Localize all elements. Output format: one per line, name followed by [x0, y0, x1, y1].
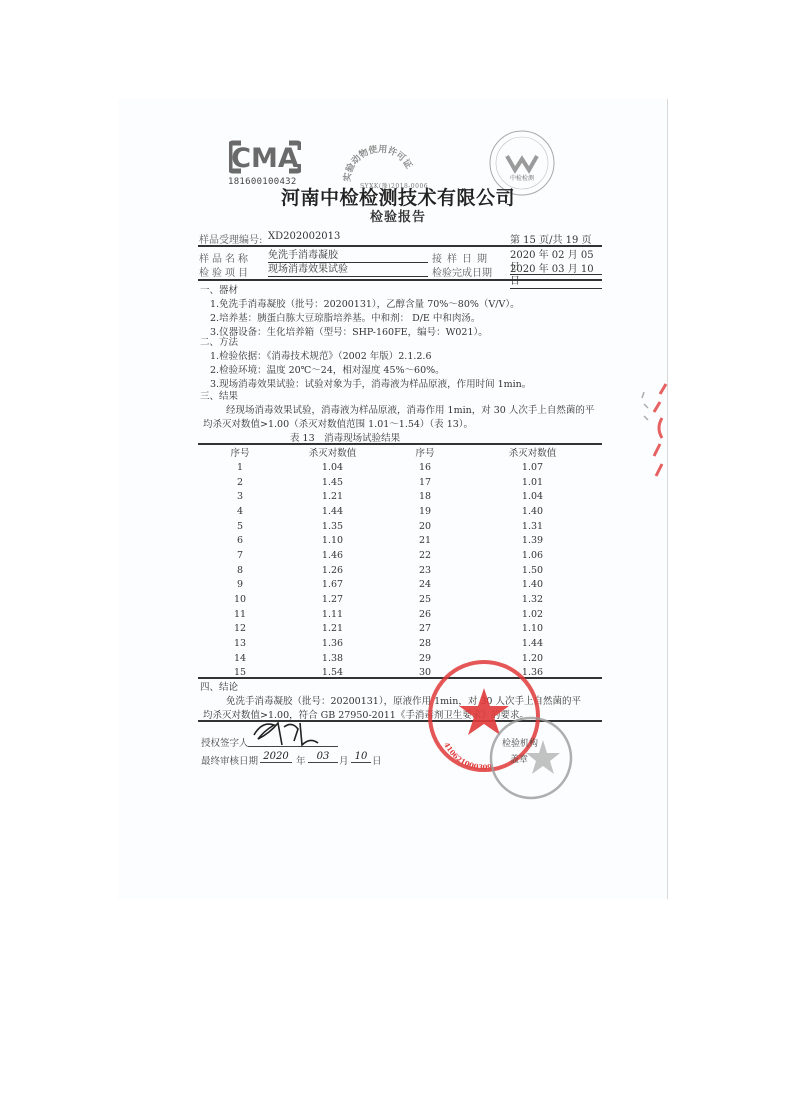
- materials-heading: 一、器材: [200, 282, 238, 296]
- row-index-cell: 25: [385, 592, 465, 607]
- divider: [198, 245, 602, 247]
- table-row: 101.27251.32: [200, 592, 600, 607]
- method-heading: 二、方法: [200, 334, 238, 348]
- month-char: 月: [339, 753, 349, 767]
- col-header: 序号: [200, 444, 280, 460]
- table-row: 121.21271.10: [200, 622, 600, 637]
- inspection-seal-icon: [488, 715, 574, 801]
- sample-no-label: 样品受理编号:: [199, 231, 262, 246]
- row-index-cell: 3: [200, 489, 280, 504]
- table-row: 81.26231.50: [200, 563, 600, 578]
- table-header-row: 序号 杀灭对数值 序号 杀灭对数值: [200, 444, 600, 460]
- log-value-cell: 1.40: [465, 504, 600, 519]
- review-date-label: 最终审核日期: [201, 753, 258, 767]
- test-item: 现场消毒效果试验: [268, 264, 428, 277]
- log-value-cell: 1.50: [465, 563, 600, 578]
- svg-text:410621000309: 410621000309: [442, 741, 493, 772]
- sample-name-label: 样品名称: [199, 250, 251, 265]
- row-index-cell: 13: [200, 636, 280, 651]
- log-value-cell: 1.07: [465, 460, 600, 475]
- cma-logo-icon: CMA: [229, 140, 301, 174]
- signer-label: 授权签字人: [201, 735, 249, 749]
- row-index-cell: 23: [385, 563, 465, 578]
- results-text: 经现场消毒效果试验，消毒液为样品原液，消毒作用 1min，对 30 人次手上自然…: [226, 402, 594, 416]
- log-value-cell: 1.02: [465, 607, 600, 622]
- col-header: 杀灭对数值: [465, 444, 600, 460]
- row-index-cell: 11: [200, 607, 280, 622]
- report-title: 检验报告: [200, 206, 596, 225]
- row-index-cell: 21: [385, 533, 465, 548]
- col-header: 杀灭对数值: [280, 444, 385, 460]
- row-index-cell: 2: [200, 475, 280, 490]
- log-value-cell: 1.21: [280, 489, 385, 504]
- row-index-cell: 4: [200, 504, 280, 519]
- log-value-cell: 1.40: [465, 578, 600, 593]
- table-caption: 表 13 消毒现场试验结果: [290, 430, 400, 444]
- materials-item: 1.免洗手消毒凝胶（批号：20200131），乙醇含量 70%～80%（V/V）…: [210, 296, 520, 310]
- day-char: 日: [372, 753, 382, 767]
- svg-text:实验动物使用许可证: 实验动物使用许可证: [341, 143, 415, 183]
- row-index-cell: 20: [385, 519, 465, 534]
- org-label: 检验机构: [502, 736, 538, 749]
- log-value-cell: 1.04: [465, 489, 600, 504]
- row-index-cell: 10: [200, 592, 280, 607]
- log-value-cell: 1.10: [280, 533, 385, 548]
- row-index-cell: 9: [200, 578, 280, 593]
- row-index-cell: 24: [385, 578, 465, 593]
- table-row: 41.44191.40: [200, 504, 600, 519]
- divider: [198, 279, 602, 281]
- receive-date-label: 接样日期: [432, 250, 492, 265]
- results-heading: 三、结果: [200, 388, 238, 402]
- log-value-cell: 1.27: [280, 592, 385, 607]
- log-value-cell: 1.31: [465, 519, 600, 534]
- log-value-cell: 1.36: [280, 636, 385, 651]
- log-value-cell: 1.06: [465, 548, 600, 563]
- row-index-cell: 12: [200, 622, 280, 637]
- log-value-cell: 1.38: [280, 651, 385, 666]
- signature-icon: [248, 715, 328, 749]
- row-index-cell: 5: [200, 519, 280, 534]
- sample-no: XD202002013: [268, 231, 340, 242]
- svg-text:中检检测: 中检检测: [510, 174, 534, 182]
- table-row: 31.21181.04: [200, 489, 600, 504]
- edge-seal-fragment-icon: [640, 382, 670, 482]
- method-item: 2.检验环境：温度 20℃～24，相对湿度 45%～60%。: [210, 362, 445, 376]
- materials-item: 2.培养基：胰蛋白胨大豆琼脂培养基。中和剂： D/E 中和肉汤。: [210, 310, 480, 324]
- log-value-cell: 1.21: [280, 622, 385, 637]
- review-year: 2020: [260, 751, 292, 763]
- row-index-cell: 28: [385, 636, 465, 651]
- log-value-cell: 1.26: [280, 563, 385, 578]
- materials-item: 3.仪器设备：生化培养箱（型号：SHP-160FE，编号：W021）。: [210, 324, 488, 338]
- log-value-cell: 1.10: [465, 622, 600, 637]
- log-value-cell: 1.46: [280, 548, 385, 563]
- row-index-cell: 19: [385, 504, 465, 519]
- table-row: 21.45171.01: [200, 475, 600, 490]
- col-header: 序号: [385, 444, 465, 460]
- row-index-cell: 18: [385, 489, 465, 504]
- row-index-cell: 8: [200, 563, 280, 578]
- review-month: 03: [308, 751, 338, 763]
- table-row: 91.67241.40: [200, 578, 600, 593]
- row-index-cell: 22: [385, 548, 465, 563]
- results-table: 序号 杀灭对数值 序号 杀灭对数值 11.04161.0721.45171.01…: [200, 444, 600, 680]
- method-item: 1.检验依据：《消毒技术规范》（2002 年版）2.1.2.6: [210, 348, 432, 362]
- year-char: 年: [296, 753, 306, 767]
- complete-date-label: 检验完成日期: [432, 264, 492, 279]
- method-item: 3.现场消毒效果试验：试验对象为手，消毒液为样品原液，作用时间 1min。: [210, 376, 531, 390]
- table-row: 71.46221.06: [200, 548, 600, 563]
- log-value-cell: 1.67: [280, 578, 385, 593]
- results-text: 均杀灭对数值>1.00（杀灭对数值范围 1.01～1.54）（表 13）。: [203, 416, 473, 430]
- log-value-cell: 1.44: [465, 636, 600, 651]
- log-value-cell: 1.32: [465, 592, 600, 607]
- table-row: 61.10211.39: [200, 533, 600, 548]
- table-row: 51.35201.31: [200, 519, 600, 534]
- table-row: 11.04161.07: [200, 460, 600, 475]
- conclusion-heading: 四、结论: [200, 679, 238, 693]
- log-value-cell: 1.01: [465, 475, 600, 490]
- row-index-cell: 7: [200, 548, 280, 563]
- row-index-cell: 27: [385, 622, 465, 637]
- row-index-cell: 17: [385, 475, 465, 490]
- table-row: 111.11261.02: [200, 607, 600, 622]
- log-value-cell: 1.45: [280, 475, 385, 490]
- sample-name: 免洗手消毒凝胶: [268, 250, 428, 263]
- stamp-label: 盖章: [510, 752, 528, 765]
- log-value-cell: 1.11: [280, 607, 385, 622]
- test-item-label: 检验项目: [199, 264, 251, 279]
- log-value-cell: 1.39: [465, 533, 600, 548]
- page-indicator: 第 15 页/共 19 页: [510, 231, 592, 246]
- review-day: 10: [351, 751, 371, 763]
- row-index-cell: 14: [200, 651, 280, 666]
- row-index-cell: 26: [385, 607, 465, 622]
- row-index-cell: 6: [200, 533, 280, 548]
- svg-text:CMA: CMA: [231, 143, 299, 174]
- log-value-cell: 1.04: [280, 460, 385, 475]
- row-index-cell: 16: [385, 460, 465, 475]
- table-row: 131.36281.44: [200, 636, 600, 651]
- log-value-cell: 1.35: [280, 519, 385, 534]
- log-value-cell: 1.44: [280, 504, 385, 519]
- row-index-cell: 1: [200, 460, 280, 475]
- complete-date: 2020 年 03 月 10 日: [510, 264, 602, 289]
